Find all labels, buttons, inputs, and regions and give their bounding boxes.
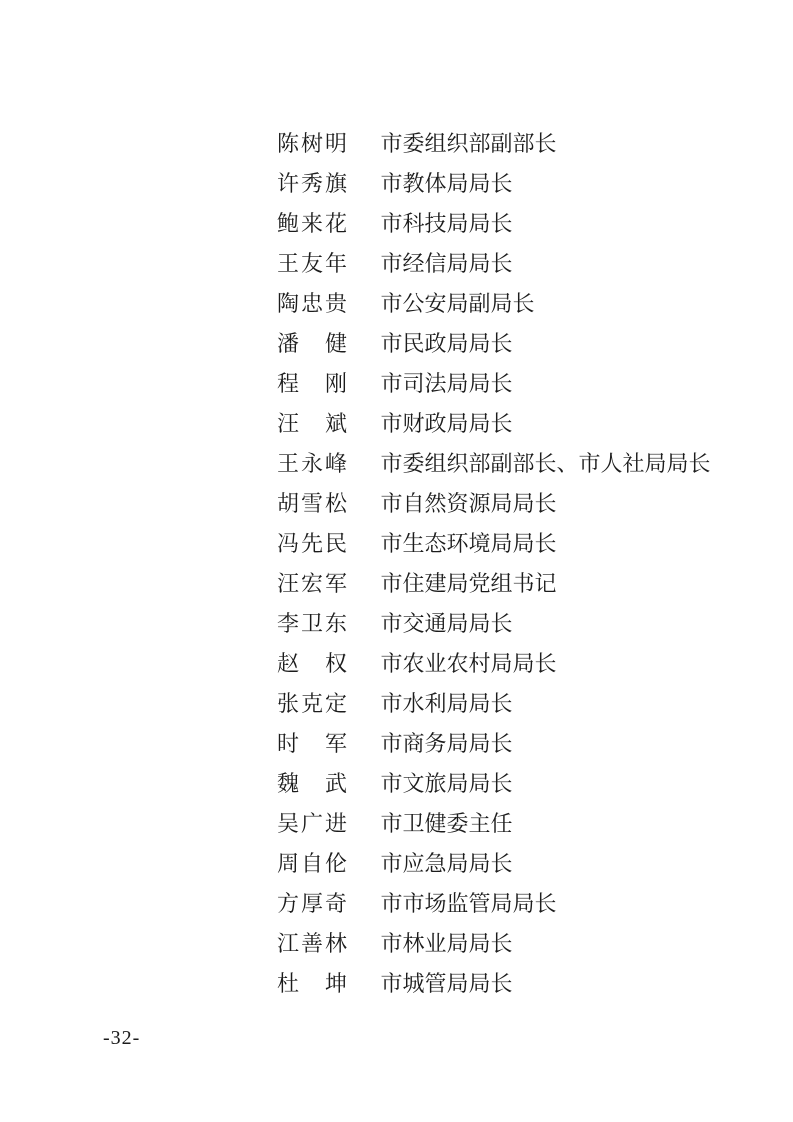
roster-row: 时军 市商务局局长 (277, 724, 711, 764)
person-name: 冯先民 (277, 524, 347, 564)
roster-row: 赵权 市农业农村局局长 (277, 644, 711, 684)
person-name: 许秀旗 (277, 164, 347, 204)
person-name: 汪宏军 (277, 564, 347, 604)
roster-row: 陶忠贵 市公安局副局长 (277, 284, 711, 324)
roster-row: 汪斌 市财政局局长 (277, 404, 711, 444)
person-name: 时军 (277, 724, 347, 764)
person-name: 程刚 (277, 364, 347, 404)
person-title: 市自然资源局局长 (381, 484, 557, 524)
person-name: 魏武 (277, 764, 347, 804)
person-title: 市市场监管局局长 (381, 884, 557, 924)
roster-row: 张克定 市水利局局长 (277, 684, 711, 724)
roster-row: 李卫东 市交通局局长 (277, 604, 711, 644)
person-name: 李卫东 (277, 604, 347, 644)
roster-row: 王友年 市经信局局长 (277, 244, 711, 284)
person-name: 王永峰 (277, 444, 347, 484)
person-name: 汪斌 (277, 404, 347, 444)
roster-row: 魏武 市文旅局局长 (277, 764, 711, 804)
person-title: 市经信局局长 (381, 244, 513, 284)
person-title: 市应急局局长 (381, 844, 513, 884)
person-title: 市民政局局长 (381, 324, 513, 364)
person-name: 胡雪松 (277, 484, 347, 524)
roster-row: 周自伦 市应急局局长 (277, 844, 711, 884)
person-name: 鲍来花 (277, 204, 347, 244)
page-number: -32- (103, 1026, 140, 1050)
person-title: 市公安局副局长 (381, 284, 535, 324)
person-name: 陶忠贵 (277, 284, 347, 324)
roster-row: 陈树明 市委组织部副部长 (277, 124, 711, 164)
person-name: 潘健 (277, 324, 347, 364)
person-title: 市交通局局长 (381, 604, 513, 644)
person-title: 市财政局局长 (381, 404, 513, 444)
roster-row: 胡雪松 市自然资源局局长 (277, 484, 711, 524)
roster-row: 吴广进 市卫健委主任 (277, 804, 711, 844)
person-title: 市水利局局长 (381, 684, 513, 724)
person-name: 赵权 (277, 644, 347, 684)
person-title: 市教体局局长 (381, 164, 513, 204)
person-title: 市生态环境局局长 (381, 524, 557, 564)
roster-row: 江善林 市林业局局长 (277, 924, 711, 964)
person-title: 市司法局局长 (381, 364, 513, 404)
roster-row: 程刚 市司法局局长 (277, 364, 711, 404)
person-title: 市农业农村局局长 (381, 644, 557, 684)
person-title: 市住建局党组书记 (381, 564, 557, 604)
roster-row: 冯先民 市生态环境局局长 (277, 524, 711, 564)
roster-row: 许秀旗 市教体局局长 (277, 164, 711, 204)
person-title: 市城管局局长 (381, 964, 513, 1004)
roster-row: 鲍来花 市科技局局长 (277, 204, 711, 244)
person-name: 江善林 (277, 924, 347, 964)
person-name: 张克定 (277, 684, 347, 724)
person-name: 吴广进 (277, 804, 347, 844)
person-title: 市委组织部副部长 (381, 124, 557, 164)
person-title: 市文旅局局长 (381, 764, 513, 804)
person-name: 杜坤 (277, 964, 347, 1004)
person-name: 王友年 (277, 244, 347, 284)
person-name: 方厚奇 (277, 884, 347, 924)
roster-row: 杜坤 市城管局局长 (277, 964, 711, 1004)
person-title: 市林业局局长 (381, 924, 513, 964)
person-title: 市商务局局长 (381, 724, 513, 764)
document-page: 陈树明 市委组织部副部长 许秀旗 市教体局局长 鲍来花 市科技局局长 王友年 市… (0, 0, 793, 1122)
person-title: 市卫健委主任 (381, 804, 513, 844)
roster-row: 方厚奇 市市场监管局局长 (277, 884, 711, 924)
roster-row: 王永峰 市委组织部副部长、市人社局局长 (277, 444, 711, 484)
person-name: 周自伦 (277, 844, 347, 884)
person-title: 市科技局局长 (381, 204, 513, 244)
roster-row: 潘健 市民政局局长 (277, 324, 711, 364)
person-title: 市委组织部副部长、市人社局局长 (381, 444, 711, 484)
person-name: 陈树明 (277, 124, 347, 164)
roster-list: 陈树明 市委组织部副部长 许秀旗 市教体局局长 鲍来花 市科技局局长 王友年 市… (277, 124, 711, 1004)
roster-row: 汪宏军 市住建局党组书记 (277, 564, 711, 604)
